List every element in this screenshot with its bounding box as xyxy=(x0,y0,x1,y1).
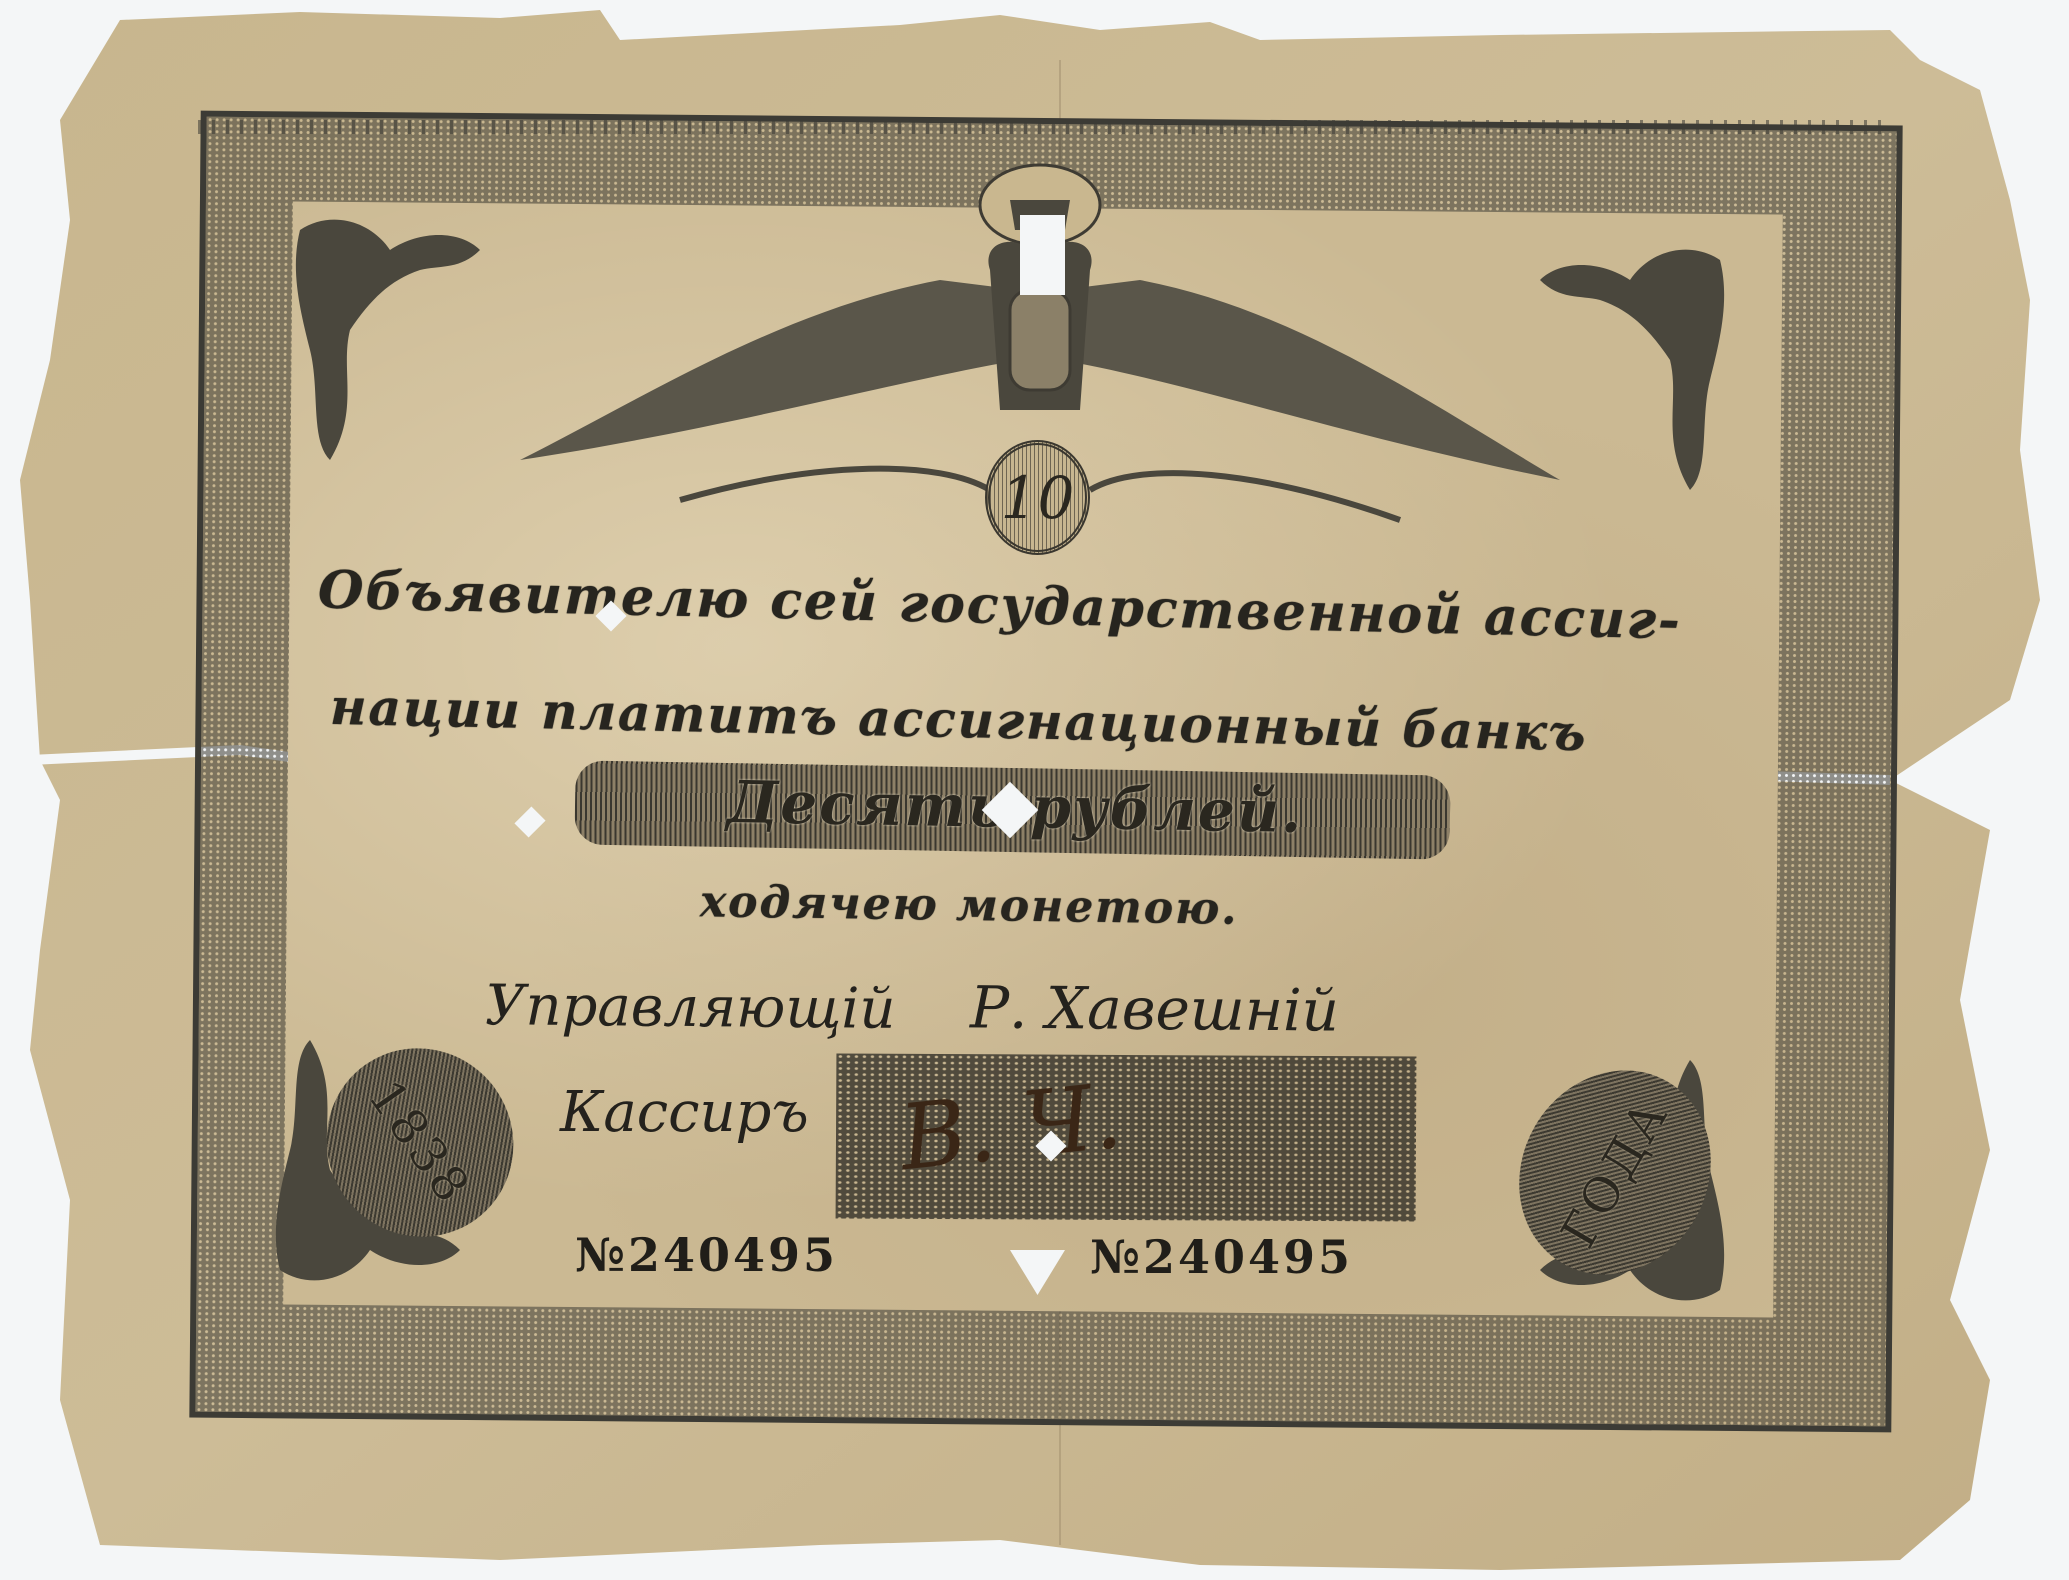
manager-label: Управляющій xyxy=(485,973,896,1042)
year-suffix-text: ГОДА xyxy=(1550,1088,1680,1257)
serial-number-right: №240495 xyxy=(1090,1230,1353,1284)
value-medallion: 10 xyxy=(985,440,1090,555)
cashier-label: Кассиръ xyxy=(560,1080,809,1145)
greek-key-border xyxy=(198,120,1884,134)
serial-number-left: №240495 xyxy=(575,1228,838,1282)
medallion-value: 10 xyxy=(1001,464,1075,532)
corner-ornament-top-left xyxy=(290,210,490,480)
tear-hole-crown xyxy=(1020,215,1065,295)
year-text: 1838 xyxy=(357,1070,482,1215)
corner-ornament-top-right xyxy=(1530,240,1730,510)
promise-text-line-3: ходячею монетою. xyxy=(700,876,1239,935)
manager-signature: Р. Хавешній xyxy=(970,973,1339,1044)
banknote: 10 Объявителю сей государственной ассиг-… xyxy=(0,0,2069,1580)
